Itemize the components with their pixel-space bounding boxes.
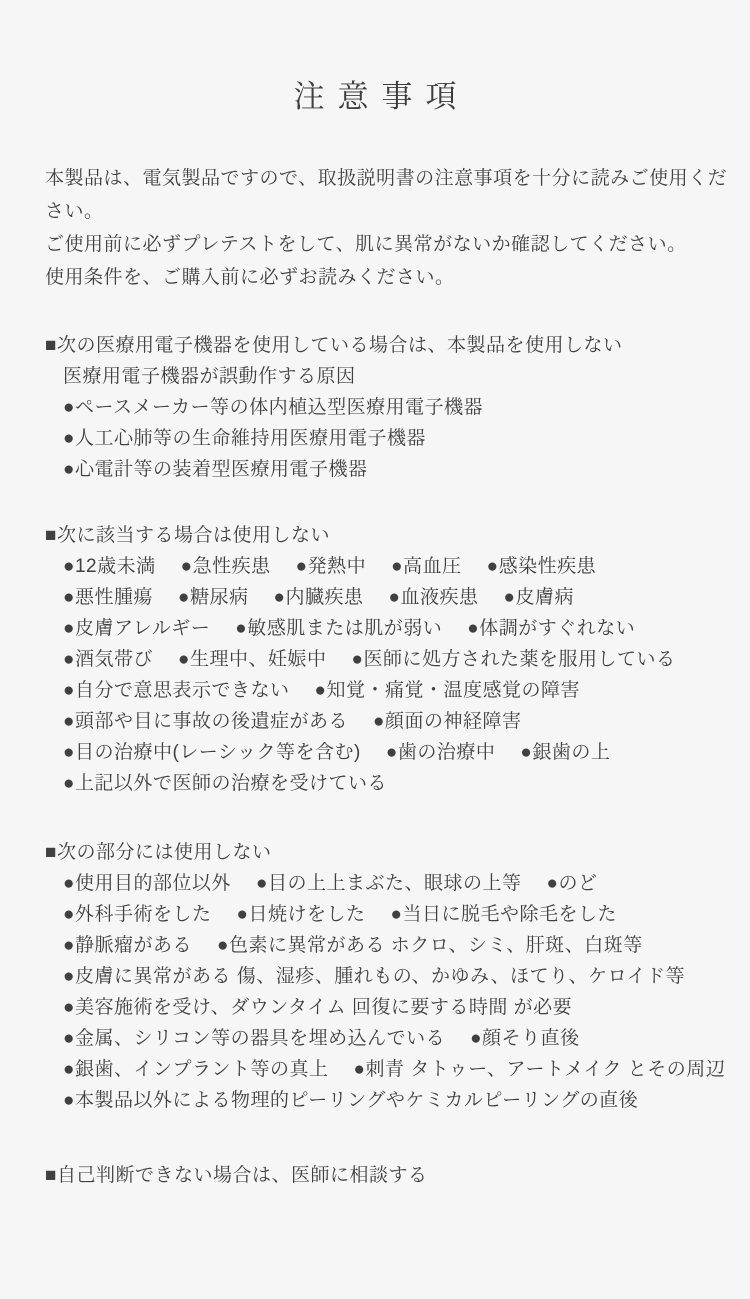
bullet-item-text: 内臓疾患 xyxy=(285,587,363,608)
bullet-item-text: 糖尿病 xyxy=(190,587,249,608)
section-heading: ■次に該当する場合は使用しない xyxy=(45,520,750,551)
bullet-item: ●知覚・痛覚・温度感覚の障害 xyxy=(315,680,581,701)
bullet-item-text: 12歳未満 xyxy=(75,556,156,577)
page-title: 注意事項 xyxy=(0,80,750,114)
bullet-item: ●体調がすぐれない xyxy=(467,618,635,639)
bullet-item: ●高血圧 xyxy=(391,556,462,577)
circle-bullet-icon: ● xyxy=(354,1059,366,1080)
bullet-item-text: 悪性腫瘍 xyxy=(75,587,153,608)
bullet-item-text: 刺青 タトゥー、アートメイク とその周辺 xyxy=(365,1059,725,1080)
bullet-item: ●当日に脱毛や除毛をした xyxy=(391,904,618,925)
bullet-line: ●自分で意思表示できない●知覚・痛覚・温度感覚の障害 xyxy=(45,675,750,706)
bullet-item: ●悪性腫瘍 xyxy=(63,587,153,608)
bullet-item-text: 知覚・痛覚・温度感覚の障害 xyxy=(326,680,580,701)
bullet-item: ●血液疾患 xyxy=(389,587,479,608)
bullet-item: ●発熱中 xyxy=(296,556,367,577)
bullet-item-text: 自分で意思表示できない xyxy=(75,680,290,701)
section: ■次の医療用電子機器を使用している場合は、本製品を使用しない医療用電子機器が誤動… xyxy=(45,330,750,485)
bullet-item-text: 外科手術をした xyxy=(75,904,212,925)
bullet-item: ●静脈瘤がある xyxy=(63,935,192,956)
intro-line: 本製品は、電気製品ですので、取扱説明書の注意事項を十分に読みご使用くだ xyxy=(45,162,750,195)
bullet-item-text: 本製品以外による物理的ピーリングやケミカルピーリングの直後 xyxy=(75,1090,638,1111)
bullet-line: ●静脈瘤がある●色素に異常がある ホクロ、シミ、肝斑、白斑等 xyxy=(45,930,750,961)
bullet-item-text: 感染性疾患 xyxy=(499,556,597,577)
circle-bullet-icon: ● xyxy=(63,1059,75,1080)
circle-bullet-icon: ● xyxy=(296,556,308,577)
section-heading: ■次の部分には使用しない xyxy=(45,837,750,868)
bullet-line: ●人工心肺等の生命維持用医療用電子機器 xyxy=(45,423,750,454)
circle-bullet-icon: ● xyxy=(386,742,398,763)
square-bullet-icon: ■ xyxy=(45,842,57,863)
bullet-item: ●医師に処方された薬を服用している xyxy=(352,649,676,670)
bullet-item: ●色素に異常がある ホクロ、シミ、肝斑、白斑等 xyxy=(217,935,643,956)
section-heading-text: 次の医療用電子機器を使用している場合は、本製品を使用しない xyxy=(57,335,623,356)
bullet-line: ●ペースメーカー等の体内植込型医療用電子機器 xyxy=(45,392,750,423)
bullet-item-text: 血液疾患 xyxy=(400,587,478,608)
bullet-item: ●本製品以外による物理的ピーリングやケミカルピーリングの直後 xyxy=(63,1090,638,1111)
bullet-item: ●歯の治療中 xyxy=(386,742,496,763)
sections-container: ■次の医療用電子機器を使用している場合は、本製品を使用しない医療用電子機器が誤動… xyxy=(45,330,750,1191)
bullet-line: ●頭部や目に事故の後遺症がある●顔面の神経障害 xyxy=(45,706,750,737)
bullet-line: ●使用目的部位以外●目の上上まぶた、眼球の上等●のど xyxy=(45,868,750,899)
circle-bullet-icon: ● xyxy=(63,618,75,639)
circle-bullet-icon: ● xyxy=(63,935,75,956)
circle-bullet-icon: ● xyxy=(63,587,75,608)
bullet-item-text: 静脈瘤がある xyxy=(75,935,192,956)
intro-line: さい。 xyxy=(45,195,750,228)
circle-bullet-icon: ● xyxy=(63,966,75,987)
intro-line: ご使用前に必ずプレテストをして、肌に異常がないか確認してください。 xyxy=(45,228,750,261)
bullet-item-text: 銀歯の上 xyxy=(532,742,610,763)
bullet-line: ●12歳未満●急性疾患●発熱中●高血圧●感染性疾患 xyxy=(45,551,750,582)
bullet-item: ●銀歯の上 xyxy=(520,742,610,763)
bullet-line: ●銀歯、インプラント等の真上●刺青 タトゥー、アートメイク とその周辺 xyxy=(45,1054,750,1085)
bullet-item: ●使用目的部位以外 xyxy=(63,873,231,894)
bullet-item-text: 顔面の神経障害 xyxy=(385,711,522,732)
bullet-item-text: 銀歯、インプラント等の真上 xyxy=(75,1059,329,1080)
circle-bullet-icon: ● xyxy=(467,618,479,639)
circle-bullet-icon: ● xyxy=(217,935,229,956)
bullet-item: ●ペースメーカー等の体内植込型医療用電子機器 xyxy=(63,397,483,418)
bullet-item: ●日焼けをした xyxy=(237,904,366,925)
section: ■次に該当する場合は使用しない●12歳未満●急性疾患●発熱中●高血圧●感染性疾患… xyxy=(45,520,750,799)
bullet-item-text: 人工心肺等の生命維持用医療用電子機器 xyxy=(75,428,426,449)
bullet-item: ●頭部や目に事故の後遺症がある xyxy=(63,711,348,732)
bullet-item: ●生理中、妊娠中 xyxy=(178,649,327,670)
circle-bullet-icon: ● xyxy=(63,1028,75,1049)
bullet-item: ●人工心肺等の生命維持用医療用電子機器 xyxy=(63,428,426,449)
bullet-item-text: 高血圧 xyxy=(403,556,462,577)
square-bullet-icon: ■ xyxy=(45,525,57,546)
bullet-item-text: ペースメーカー等の体内植込型医療用電子機器 xyxy=(75,397,483,418)
bullet-item: ●12歳未満 xyxy=(63,556,156,577)
bullet-item-text: 皮膚病 xyxy=(515,587,574,608)
circle-bullet-icon: ● xyxy=(235,618,247,639)
circle-bullet-icon: ● xyxy=(63,742,75,763)
bullet-item-text: 頭部や目に事故の後遺症がある xyxy=(75,711,348,732)
bullet-item: ●目の治療中(レーシック等を含む) xyxy=(63,742,361,763)
bullet-item-text: 酒気帯び xyxy=(75,649,153,670)
bullet-item-text: 美容施術を受け、ダウンタイム 回復に要する時間 が必要 xyxy=(75,997,572,1018)
bullet-line: ●目の治療中(レーシック等を含む)●歯の治療中●銀歯の上 xyxy=(45,737,750,768)
circle-bullet-icon: ● xyxy=(470,1028,482,1049)
bullet-item: ●上記以外で医師の治療を受けている xyxy=(63,773,387,794)
bullet-item-text: 日焼けをした xyxy=(248,904,365,925)
circle-bullet-icon: ● xyxy=(373,711,385,732)
precautions-page: 注意事項 本製品は、電気製品ですので、取扱説明書の注意事項を十分に読みご使用くだ… xyxy=(0,0,750,1299)
intro-paragraphs: 本製品は、電気製品ですので、取扱説明書の注意事項を十分に読みご使用ください。ご使… xyxy=(45,162,750,294)
circle-bullet-icon: ● xyxy=(181,556,193,577)
bullet-item: ●糖尿病 xyxy=(178,587,249,608)
bullet-item-text: 顔そり直後 xyxy=(482,1028,580,1049)
bullet-item-text: 目の上上まぶた、眼球の上等 xyxy=(268,873,522,894)
circle-bullet-icon: ● xyxy=(487,556,499,577)
bullet-item-text: 色素に異常がある ホクロ、シミ、肝斑、白斑等 xyxy=(229,935,643,956)
bullet-item: ●のど xyxy=(547,873,598,894)
bullet-line: ●心電計等の装着型医療用電子機器 xyxy=(45,454,750,485)
bullet-item-text: 心電計等の装着型医療用電子機器 xyxy=(75,459,368,480)
bullet-item: ●皮膚アレルギー xyxy=(63,618,210,639)
bullet-item-text: 発熱中 xyxy=(308,556,367,577)
section-heading-text: 自己判断できない場合は、医師に相談する xyxy=(57,1165,428,1186)
bullet-item-text: のど xyxy=(558,873,597,894)
circle-bullet-icon: ● xyxy=(63,873,75,894)
circle-bullet-icon: ● xyxy=(63,459,75,480)
circle-bullet-icon: ● xyxy=(63,680,75,701)
bullet-line: ●酒気帯び●生理中、妊娠中●医師に処方された薬を服用している xyxy=(45,644,750,675)
circle-bullet-icon: ● xyxy=(256,873,268,894)
circle-bullet-icon: ● xyxy=(520,742,532,763)
circle-bullet-icon: ● xyxy=(315,680,327,701)
bullet-line: ●皮膚アレルギー●敏感肌または肌が弱い●体調がすぐれない xyxy=(45,613,750,644)
bullet-item-text: 歯の治療中 xyxy=(398,742,496,763)
circle-bullet-icon: ● xyxy=(237,904,249,925)
bullet-item: ●銀歯、インプラント等の真上 xyxy=(63,1059,329,1080)
bullet-item-text: 医師に処方された薬を服用している xyxy=(363,649,675,670)
bullet-item: ●外科手術をした xyxy=(63,904,212,925)
circle-bullet-icon: ● xyxy=(178,649,190,670)
bullet-item: ●感染性疾患 xyxy=(487,556,597,577)
bullet-item: ●金属、シリコン等の器具を埋め込んでいる xyxy=(63,1028,445,1049)
section: ■次の部分には使用しない●使用目的部位以外●目の上上まぶた、眼球の上等●のど●外… xyxy=(45,837,750,1116)
bullet-item-text: 体調がすぐれない xyxy=(479,618,635,639)
bullet-item: ●内臓疾患 xyxy=(274,587,364,608)
section-heading-text: 次に該当する場合は使用しない xyxy=(57,525,330,546)
bullet-item: ●皮膚病 xyxy=(504,587,575,608)
circle-bullet-icon: ● xyxy=(63,711,75,732)
section-note: 医療用電子機器が誤動作する原因 xyxy=(45,361,750,392)
square-bullet-icon: ■ xyxy=(45,335,57,356)
bullet-item: ●敏感肌または肌が弱い xyxy=(235,618,442,639)
intro-line: 使用条件を、ご購入前に必ずお読みください。 xyxy=(45,261,750,294)
circle-bullet-icon: ● xyxy=(504,587,516,608)
circle-bullet-icon: ● xyxy=(352,649,364,670)
section: ■自己判断できない場合は、医師に相談する xyxy=(45,1160,750,1191)
bullet-line: ●金属、シリコン等の器具を埋め込んでいる●顔そり直後 xyxy=(45,1023,750,1054)
section-heading: ■自己判断できない場合は、医師に相談する xyxy=(45,1160,750,1191)
page-content: 本製品は、電気製品ですので、取扱説明書の注意事項を十分に読みご使用ください。ご使… xyxy=(0,162,750,1191)
bullet-item-text: 当日に脱毛や除毛をした xyxy=(402,904,617,925)
circle-bullet-icon: ● xyxy=(63,649,75,670)
circle-bullet-icon: ● xyxy=(274,587,286,608)
circle-bullet-icon: ● xyxy=(63,428,75,449)
bullet-item: ●美容施術を受け、ダウンタイム 回復に要する時間 が必要 xyxy=(63,997,572,1018)
bullet-item: ●酒気帯び xyxy=(63,649,153,670)
bullet-item: ●目の上上まぶた、眼球の上等 xyxy=(256,873,522,894)
bullet-item: ●刺青 タトゥー、アートメイク とその周辺 xyxy=(354,1059,726,1080)
bullet-item-text: 目の治療中(レーシック等を含む) xyxy=(75,742,361,763)
bullet-item-text: 使用目的部位以外 xyxy=(75,873,231,894)
bullet-item: ●心電計等の装着型医療用電子機器 xyxy=(63,459,368,480)
square-bullet-icon: ■ xyxy=(45,1165,57,1186)
circle-bullet-icon: ● xyxy=(63,1090,75,1111)
section-heading: ■次の医療用電子機器を使用している場合は、本製品を使用しない xyxy=(45,330,750,361)
bullet-line: ●本製品以外による物理的ピーリングやケミカルピーリングの直後 xyxy=(45,1085,750,1116)
circle-bullet-icon: ● xyxy=(391,556,403,577)
bullet-line: ●悪性腫瘍●糖尿病●内臓疾患●血液疾患●皮膚病 xyxy=(45,582,750,613)
bullet-item-text: 金属、シリコン等の器具を埋め込んでいる xyxy=(75,1028,445,1049)
circle-bullet-icon: ● xyxy=(389,587,401,608)
bullet-line: ●美容施術を受け、ダウンタイム 回復に要する時間 が必要 xyxy=(45,992,750,1023)
section-heading-text: 次の部分には使用しない xyxy=(57,842,272,863)
circle-bullet-icon: ● xyxy=(63,397,75,418)
bullet-item-text: 生理中、妊娠中 xyxy=(190,649,327,670)
bullet-item: ●急性疾患 xyxy=(181,556,271,577)
bullet-item-text: 皮膚アレルギー xyxy=(75,618,210,639)
bullet-item-text: 上記以外で医師の治療を受けている xyxy=(75,773,387,794)
bullet-line: ●外科手術をした●日焼けをした●当日に脱毛や除毛をした xyxy=(45,899,750,930)
bullet-item: ●顔面の神経障害 xyxy=(373,711,522,732)
bullet-item-text: 皮膚に異常がある 傷、湿疹、腫れもの、かゆみ、ほてり、ケロイド等 xyxy=(75,966,685,987)
circle-bullet-icon: ● xyxy=(178,587,190,608)
bullet-item-text: 急性疾患 xyxy=(193,556,271,577)
bullet-item: ●顔そり直後 xyxy=(470,1028,580,1049)
circle-bullet-icon: ● xyxy=(63,997,75,1018)
bullet-line: ●皮膚に異常がある 傷、湿疹、腫れもの、かゆみ、ほてり、ケロイド等 xyxy=(45,961,750,992)
bullet-item: ●皮膚に異常がある 傷、湿疹、腫れもの、かゆみ、ほてり、ケロイド等 xyxy=(63,966,685,987)
circle-bullet-icon: ● xyxy=(547,873,559,894)
bullet-line: ●上記以外で医師の治療を受けている xyxy=(45,768,750,799)
circle-bullet-icon: ● xyxy=(63,904,75,925)
circle-bullet-icon: ● xyxy=(63,556,75,577)
circle-bullet-icon: ● xyxy=(63,773,75,794)
bullet-item-text: 敏感肌または肌が弱い xyxy=(247,618,442,639)
bullet-item: ●自分で意思表示できない xyxy=(63,680,290,701)
circle-bullet-icon: ● xyxy=(391,904,403,925)
